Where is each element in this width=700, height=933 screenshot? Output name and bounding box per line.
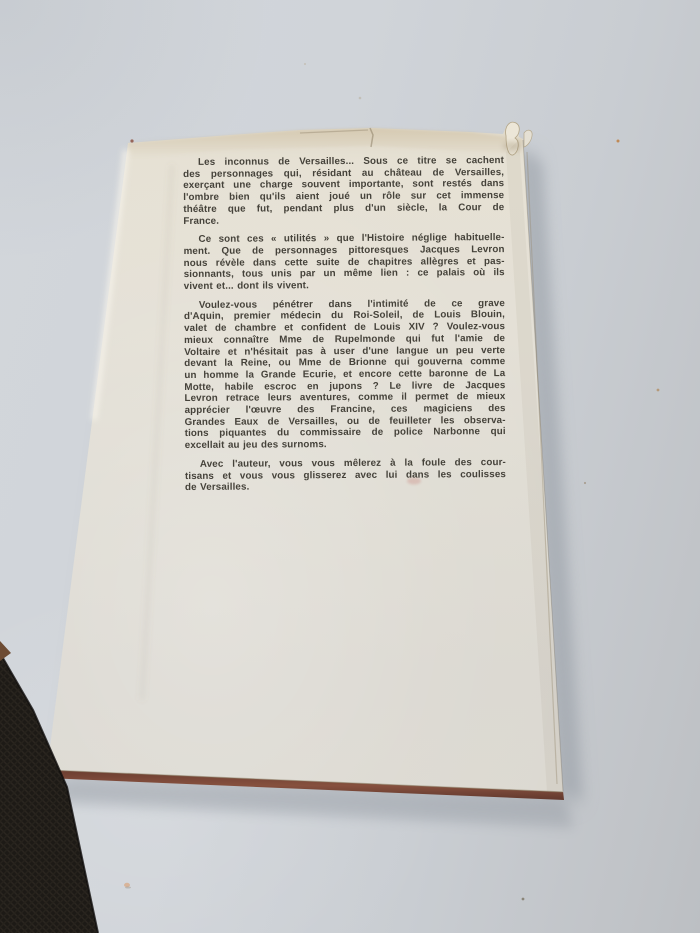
dark-object-corner-trim bbox=[0, 641, 11, 661]
text-line: France. bbox=[183, 214, 504, 228]
back-cover-text: Les inconnus de Versailles... Sous ce ti… bbox=[183, 155, 506, 501]
text-line: de Versailles. bbox=[185, 480, 506, 494]
text-line: tisans et vous vous glisserez avec lui d… bbox=[185, 469, 506, 483]
speck bbox=[584, 482, 586, 484]
text-line: sionnants, tous unis par un même lien : … bbox=[184, 267, 505, 281]
text-line: théâtre que fut, pendant plus d'un siècl… bbox=[183, 202, 504, 216]
speck bbox=[359, 97, 362, 100]
top-left-board-speck bbox=[130, 139, 133, 142]
paragraph: Les inconnus de Versailles... Sous ce ti… bbox=[183, 155, 504, 227]
text-line: vivent et... dont ils vivent. bbox=[184, 279, 505, 293]
speck bbox=[657, 389, 660, 392]
crumb bbox=[124, 883, 130, 887]
paragraph: Voulez-vous pénétrer dans l'intimité de … bbox=[184, 298, 506, 452]
crumb-shadow bbox=[125, 887, 131, 889]
speck bbox=[522, 898, 525, 901]
speck bbox=[304, 63, 306, 65]
text-line: excellait au jeu des surnoms. bbox=[185, 438, 506, 452]
photo-of-book: Les inconnus de Versailles... Sous ce ti… bbox=[0, 0, 700, 933]
text-line: tions piquantes du commissaire de police… bbox=[185, 427, 506, 441]
speck bbox=[617, 140, 620, 143]
paragraph: Ce sont ces « utilités » que l'Histoire … bbox=[183, 232, 504, 292]
paragraph: Avec l'auteur, vous vous mêlerez à la fo… bbox=[185, 457, 506, 494]
jacket-corner-nick bbox=[524, 130, 532, 147]
